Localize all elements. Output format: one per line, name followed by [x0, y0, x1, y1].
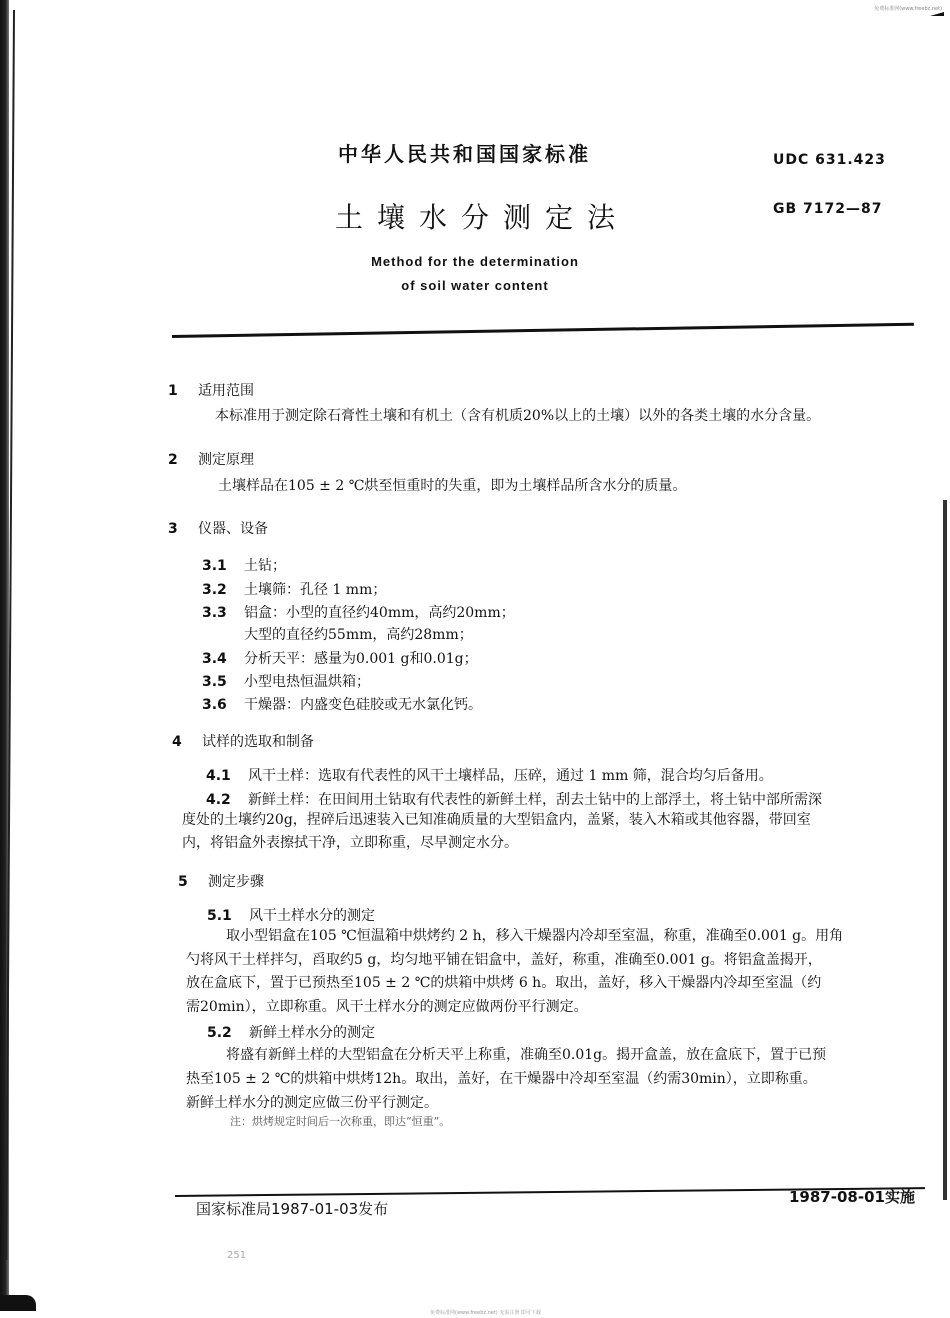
section-1-body: 本标准用于测定除石膏性土壤和有机土（含有机质20%以上的土壤）以外的各类土壤的水… — [215, 404, 820, 428]
item-3-3: 3.3铝盒：小型的直径约40mm，高约20mm； — [202, 602, 515, 622]
subsection-5-1-line1: 取小型铝盒在105 ℃恒温箱中烘烤约 2 h，移入干燥器内冷却至室温，称重，准确… — [226, 924, 843, 948]
section-2-heading: 2测定原理 — [168, 449, 254, 469]
section-4-heading: 4试样的选取和制备 — [172, 731, 314, 751]
section-title: 仪器、设备 — [198, 521, 268, 537]
section-title: 测定原理 — [198, 452, 254, 468]
subsection-5-2-line1: 将盛有新鲜土样的大型铝盒在分析天平上称重，准确至0.01g。揭开盒盖，放在盒底下… — [226, 1043, 826, 1067]
title-en-line2: of soil water content — [330, 274, 620, 298]
item-4-2-line3: 内，将铝盒外表擦拭干净，立即称重，尽早测定水分。 — [182, 831, 518, 855]
subsection-5-2-line3: 新鲜土样水分的测定应做三份平行测定。 — [186, 1091, 438, 1115]
item-3-4: 3.4分析天平：感量为0.001 g和0.01g； — [202, 648, 478, 668]
header-divider — [172, 323, 914, 338]
issue-date: 国家标准局1987-01-03发布 — [196, 1198, 388, 1219]
subsection-5-1-line2: 勺将风干土样拌匀，舀取约5 g，均匀地平铺在铝盒中，盖好，称重，准确至0.001… — [186, 948, 822, 972]
section-2-body: 土壤样品在105 ± 2 ℃烘至恒重时的失重，即为土壤样品所含水分的质量。 — [218, 474, 686, 498]
effective-date: 1987-08-01实施 — [789, 1186, 915, 1207]
page-number: 251 — [227, 1250, 246, 1261]
item-3-5: 3.5小型电热恒温烘箱； — [202, 671, 370, 691]
section-number: 2 — [168, 452, 198, 468]
title-en-line1: Method for the determination — [330, 250, 620, 274]
section-3-heading: 3仪器、设备 — [168, 518, 268, 538]
section-5-heading: 5测定步骤 — [178, 871, 264, 891]
subsection-5-2-line2: 热至105 ± 2 ℃的烘箱中烘烤12h。取出，盖好，在干燥器中冷却至室温（约需… — [186, 1067, 817, 1091]
section-number: 5 — [178, 874, 208, 890]
scan-corner-mark — [0, 1295, 36, 1311]
section-number: 3 — [168, 521, 198, 537]
watermark-bottom: 免费标准网(www.freebz.net) 无需注册 即可下载 — [430, 1309, 541, 1316]
watermark-arrow-icon — [930, 12, 944, 16]
subsection-5-1-heading: 5.1风干土样水分的测定 — [207, 905, 375, 925]
section-title: 适用范围 — [198, 383, 254, 399]
udc-code: UDC 631.423 — [773, 152, 886, 168]
gb-number: GB 7172—87 — [773, 201, 882, 217]
national-standard-heading: 中华人民共和国国家标准 — [338, 138, 591, 167]
item-3-1: 3.1土钻； — [202, 555, 286, 575]
item-3-3-continued: 大型的直径约55mm，高约28mm； — [244, 624, 473, 644]
item-3-6: 3.6干燥器：内盛变色硅胶或无水氯化钙。 — [202, 694, 482, 714]
section-1-heading: 1适用范围 — [168, 380, 254, 400]
subsection-5-2-heading: 5.2新鲜土样水分的测定 — [207, 1022, 375, 1042]
item-4-2-line2: 度处的土壤约20g，捏碎后迅速装入已知准确质量的大型铝盒内，盖紧，装入木箱或其他… — [182, 808, 811, 832]
item-3-2: 3.2土壤筛：孔径 1 mm； — [202, 579, 386, 599]
section-number: 4 — [172, 734, 202, 750]
section-title: 测定步骤 — [208, 874, 264, 890]
document-title-cn: 土壤水分测定法 — [335, 196, 629, 236]
section-title: 试样的选取和制备 — [202, 734, 314, 750]
subsection-5-1-line3: 放在盒底下，置于已预热至105 ± 2 ℃的烘箱中烘烤 6 h。取出，盖好，移入… — [186, 971, 821, 995]
scan-right-edge — [943, 500, 947, 1200]
subsection-5-1-line4: 需20min），立即称重。风干土样水分的测定应做两份平行测定。 — [186, 995, 588, 1019]
note: 注：烘烤规定时间后一次称重，即达“恒重”。 — [230, 1113, 450, 1129]
item-4-1: 4.1风干土样：选取有代表性的风干土壤样品，压碎，通过 1 mm 筛，混合均匀后… — [206, 765, 773, 785]
watermark-top: 免费标准网(www.freebz.net) — [874, 5, 942, 12]
section-number: 1 — [168, 383, 198, 399]
item-4-2: 4.2新鲜土样：在田间用土钻取有代表性的新鲜土样，刮去土钻中的上部浮土，将土钻中… — [206, 789, 822, 809]
document-title-en: Method for the determination of soil wat… — [330, 250, 620, 298]
